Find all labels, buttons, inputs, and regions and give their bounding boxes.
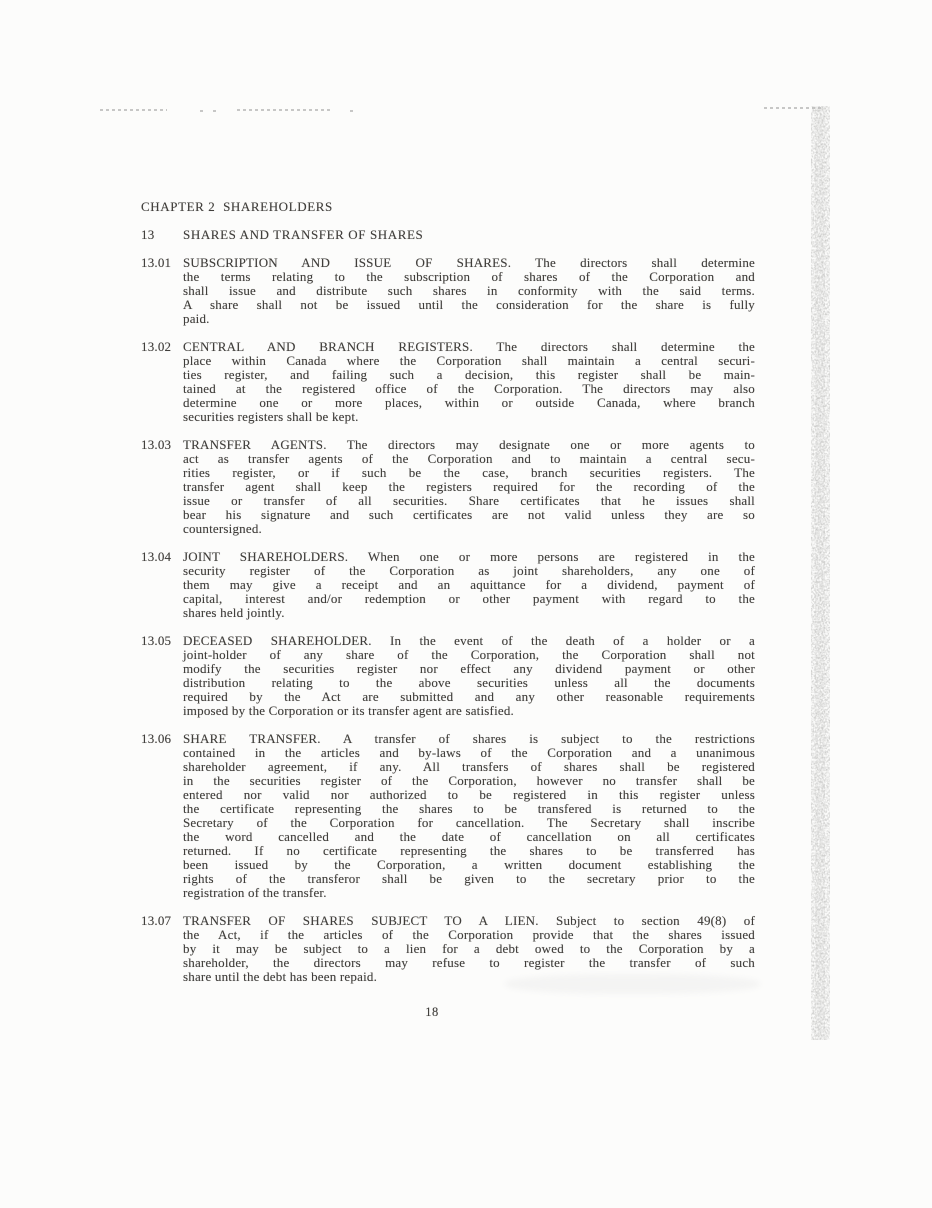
scan-edge-noise-strip <box>811 106 830 1040</box>
text-line: entered nor valid nor authorized to be r… <box>183 788 755 802</box>
text-line: TRANSFER OF SHARES SUBJECT TO A LIEN. Su… <box>183 914 755 928</box>
text-line: issue or transfer of all securities. Sha… <box>183 494 755 508</box>
document-body: CHAPTER 2 SHAREHOLDERS 13 SHARES AND TRA… <box>141 200 755 998</box>
text-line: joint-holder of any share of the Corpora… <box>183 648 755 662</box>
text-line: been issued by the Corporation, a writte… <box>183 858 755 872</box>
section-13-06: 13.06 SHARE TRANSFER. A transfer of shar… <box>141 732 755 900</box>
text-line: distribution relating to the above secur… <box>183 676 755 690</box>
text-line: Secretary of the Corporation for cancell… <box>183 816 755 830</box>
text-line: the certificate representing the shares … <box>183 802 755 816</box>
text-line: CENTRAL AND BRANCH REGISTERS. The direct… <box>183 340 755 354</box>
text-line: SHARE TRANSFER. A transfer of shares is … <box>183 732 755 746</box>
section-13-01: 13.01 SUBSCRIPTION AND ISSUE OF SHARES. … <box>141 256 755 326</box>
section-13-02: 13.02 CENTRAL AND BRANCH REGISTERS. The … <box>141 340 755 424</box>
text-line: the word cancelled and the date of cance… <box>183 830 755 844</box>
section-number: 13.06 <box>141 732 183 900</box>
text-line: countersigned. <box>183 522 755 536</box>
section-number: 13.03 <box>141 438 183 536</box>
scan-artifact-dash <box>200 110 205 112</box>
text-line: TRANSFER AGENTS. The directors may desig… <box>183 438 755 452</box>
text-line: place within Canada where the Corporatio… <box>183 354 755 368</box>
section-number: 13.04 <box>141 550 183 620</box>
text-line: the Act, if the articles of the Corporat… <box>183 928 755 942</box>
text-line: shareholder, the directors may refuse to… <box>183 956 755 970</box>
text-line: act as transfer agents of the Corporatio… <box>183 452 755 466</box>
text-line: returned. If no certificate representing… <box>183 844 755 858</box>
text-line: shall issue and distribute such shares i… <box>183 284 755 298</box>
text-line: DECEASED SHAREHOLDER. In the event of th… <box>183 634 755 648</box>
section-title: SHARES AND TRANSFER OF SHARES <box>183 228 755 242</box>
text-line: shares held jointly. <box>183 606 755 620</box>
scan-artifact-dash <box>350 110 354 112</box>
text-line: them may give a receipt and an aquittanc… <box>183 578 755 592</box>
text-line: transfer agent shall keep the registers … <box>183 480 755 494</box>
section-text: JOINT SHAREHOLDERS. When one or more per… <box>183 550 755 620</box>
section-text: TRANSFER AGENTS. The directors may desig… <box>183 438 755 536</box>
section-number: 13 <box>141 228 183 242</box>
text-line: SUBSCRIPTION AND ISSUE OF SHARES. The di… <box>183 256 755 270</box>
scan-artifact-dash <box>237 109 332 111</box>
scan-artifact-dash <box>213 110 218 112</box>
section-13-heading: 13 SHARES AND TRANSFER OF SHARES <box>141 228 755 242</box>
section-number: 13.01 <box>141 256 183 326</box>
text-line: in the securities register of the Corpor… <box>183 774 755 788</box>
text-line: the terms relating to the subscription o… <box>183 270 755 284</box>
page-number: 18 <box>410 1005 454 1020</box>
section-text: CENTRAL AND BRANCH REGISTERS. The direct… <box>183 340 755 424</box>
text-line: security register of the Corporation as … <box>183 564 755 578</box>
section-text: DECEASED SHAREHOLDER. In the event of th… <box>183 634 755 718</box>
text-line: securities registers shall be kept. <box>183 410 755 424</box>
text-line: share until the debt has been repaid. <box>183 970 755 984</box>
section-number: 13.07 <box>141 914 183 984</box>
text-line: determine one or more places, within or … <box>183 396 755 410</box>
section-13-07: 13.07 TRANSFER OF SHARES SUBJECT TO A LI… <box>141 914 755 984</box>
text-line: rights of the transferor shall be given … <box>183 872 755 886</box>
section-13-05: 13.05 DECEASED SHAREHOLDER. In the event… <box>141 634 755 718</box>
text-line: capital, interest and/or redemption or o… <box>183 592 755 606</box>
section-text: SUBSCRIPTION AND ISSUE OF SHARES. The di… <box>183 256 755 326</box>
text-line: tained at the registered office of the C… <box>183 382 755 396</box>
section-number: 13.02 <box>141 340 183 424</box>
text-line: required by the Act are submitted and an… <box>183 690 755 704</box>
text-line: shareholder agreement, if any. All trans… <box>183 760 755 774</box>
scan-artifact-dash <box>100 109 167 111</box>
text-line: rities register, or if such be the case,… <box>183 466 755 480</box>
text-line: registration of the transfer. <box>183 886 755 900</box>
text-line: by it may be subject to a lien for a deb… <box>183 942 755 956</box>
text-line: modify the securities register nor effec… <box>183 662 755 676</box>
text-line: ties register, and failing such a decisi… <box>183 368 755 382</box>
text-line: paid. <box>183 312 755 326</box>
text-line: A share shall not be issued until the co… <box>183 298 755 312</box>
section-text: TRANSFER OF SHARES SUBJECT TO A LIEN. Su… <box>183 914 755 984</box>
section-13-04: 13.04 JOINT SHAREHOLDERS. When one or mo… <box>141 550 755 620</box>
text-line: imposed by the Corporation or its transf… <box>183 704 755 718</box>
text-line: contained in the articles and by-laws of… <box>183 746 755 760</box>
text-line: bear his signature and such certificates… <box>183 508 755 522</box>
section-number: 13.05 <box>141 634 183 718</box>
section-13-03: 13.03 TRANSFER AGENTS. The directors may… <box>141 438 755 536</box>
section-text: SHARE TRANSFER. A transfer of shares is … <box>183 732 755 900</box>
text-line: JOINT SHAREHOLDERS. When one or more per… <box>183 550 755 564</box>
chapter-heading: CHAPTER 2 SHAREHOLDERS <box>141 200 755 214</box>
